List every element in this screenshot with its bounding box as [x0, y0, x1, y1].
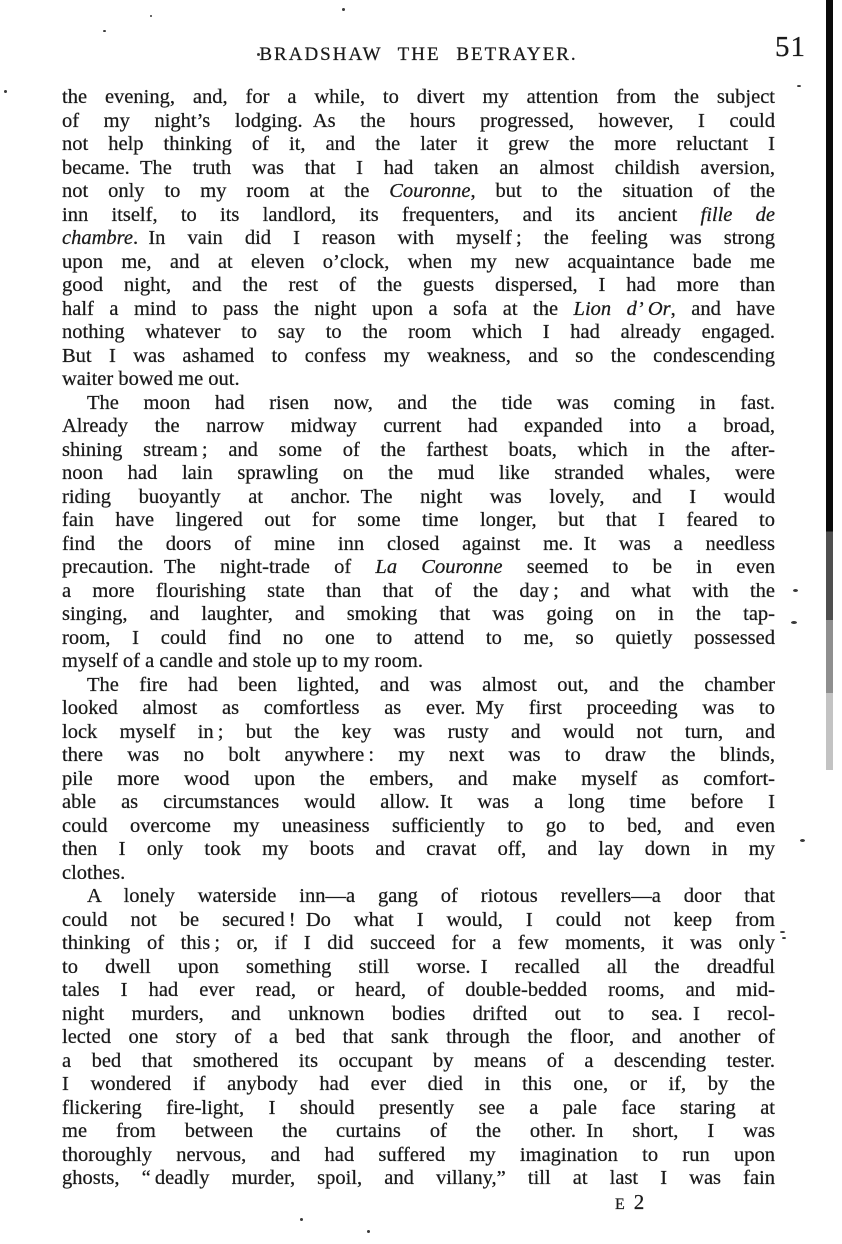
text-line: tales I had ever read, or heard, of doub…	[62, 979, 775, 1003]
text-line: noon had lain sprawling on the mud like …	[62, 462, 775, 486]
signature-number: 2	[634, 1190, 645, 1214]
text-line: myself of a candle and stole up to my ro…	[62, 650, 775, 674]
text-line: to dwell upon something still worse. I r…	[62, 956, 775, 980]
text-line: could not be secured ! Do what I would, …	[62, 909, 775, 933]
text-line: The moon had risen now, and the tide was…	[62, 392, 775, 416]
text-line: able as circumstances would allow. It wa…	[62, 791, 775, 815]
page-number: 51	[775, 33, 806, 62]
text-line: The fire had been lighted, and was almos…	[62, 674, 775, 698]
text-line: thoroughly nervous, and had suffered my …	[62, 1144, 775, 1168]
text-line: inn itself, to its landlord, its frequen…	[62, 204, 775, 228]
text-line: could overcome my uneasiness sufficientl…	[62, 815, 775, 839]
text-line: me from between the curtains of the othe…	[62, 1120, 775, 1144]
text-line: lock myself in ; but the key was rusty a…	[62, 721, 775, 745]
text-line: A lonely waterside inn—a gang of riotous…	[62, 885, 775, 909]
text-line: flickering fire-light, I should presentl…	[62, 1097, 775, 1121]
scan-edge-band	[826, 0, 833, 770]
text-line: a bed that smothered its occupant by mea…	[62, 1050, 775, 1074]
text-line: shining stream ; and some of the farthes…	[62, 439, 775, 463]
text-line: clothes.	[62, 862, 775, 886]
text-line: But I was ashamed to confess my weakness…	[62, 345, 775, 369]
text-line: not help thinking of it, and the later i…	[62, 133, 775, 157]
ink-speck	[800, 839, 805, 842]
text-line: night murders, and unknown bodies drifte…	[62, 1003, 775, 1027]
text-line: nothing whatever to say to the room whic…	[62, 321, 775, 345]
running-title: BRADSHAW THE BETRAYER.	[62, 44, 775, 66]
text-line: pile more wood upon the embers, and make…	[62, 768, 775, 792]
book-page-scan: BRADSHAW THE BETRAYER. 51 the evening, a…	[0, 0, 842, 1244]
text-line: chambre. In vain did I reason with mysel…	[62, 227, 775, 251]
ink-speck	[103, 30, 106, 32]
ink-speck	[793, 589, 798, 592]
text-line: there was no bolt anywhere : my next was…	[62, 744, 775, 768]
ink-speck	[4, 90, 7, 93]
text-line: lected one story of a bed that sank thro…	[62, 1026, 775, 1050]
text-line: looked almost as comfortless as ever. My…	[62, 697, 775, 721]
ink-speck	[150, 15, 152, 17]
text-line: waiter bowed me out.	[62, 368, 775, 392]
text-line: I wondered if anybody had ever died in t…	[62, 1073, 775, 1097]
text-line: of my night’s lodging. As the hours prog…	[62, 110, 775, 134]
text-line: Already the narrow midway current had ex…	[62, 415, 775, 439]
page-header: BRADSHAW THE BETRAYER. 51	[62, 0, 775, 86]
text-line: half a mind to pass the night upon a sof…	[62, 298, 775, 322]
text-line: ghosts, “ deadly murder, spoil, and vill…	[62, 1167, 775, 1191]
text-line: singing, and laughter, and smoking that …	[62, 603, 775, 627]
ink-speck	[342, 8, 345, 11]
signature-mark: E2	[62, 1191, 775, 1217]
text-line: became. The truth was that I had taken a…	[62, 157, 775, 181]
text-line: fain have lingered out for some time lon…	[62, 509, 775, 533]
text-line: room, I could find no one to attend to m…	[62, 627, 775, 651]
text-line: find the doors of mine inn closed agains…	[62, 533, 775, 557]
text-line: riding buoyantly at anchor. The night wa…	[62, 486, 775, 510]
text-line: upon me, and at eleven o’clock, when my …	[62, 251, 775, 275]
ink-speck	[797, 85, 801, 87]
paragraph: A lonely waterside inn—a gang of riotous…	[62, 885, 775, 1191]
text-column: BRADSHAW THE BETRAYER. 51 the evening, a…	[62, 0, 775, 1216]
text-line: a more flourishing state than that of th…	[62, 580, 775, 604]
text-line: precaution. The night-trade of La Couron…	[62, 556, 775, 580]
ink-speck	[367, 1230, 370, 1233]
text-line: the evening, and, for a while, to divert…	[62, 86, 775, 110]
ink-speck	[782, 937, 786, 939]
ink-speck	[257, 53, 260, 56]
paragraph: the evening, and, for a while, to divert…	[62, 86, 775, 392]
paragraph: The moon had risen now, and the tide was…	[62, 392, 775, 674]
ink-speck	[780, 931, 785, 933]
ink-speck	[791, 621, 797, 624]
text-line: not only to my room at the Couronne, but…	[62, 180, 775, 204]
signature-letter: E	[615, 1196, 625, 1213]
text-line: thinking of this ; or, if I did succeed …	[62, 932, 775, 956]
text-line: good night, and the rest of the guests d…	[62, 274, 775, 298]
ink-speck	[300, 1218, 303, 1221]
paragraph: The fire had been lighted, and was almos…	[62, 674, 775, 886]
text-block: the evening, and, for a while, to divert…	[62, 86, 775, 1191]
text-line: then I only took my boots and cravat off…	[62, 838, 775, 862]
